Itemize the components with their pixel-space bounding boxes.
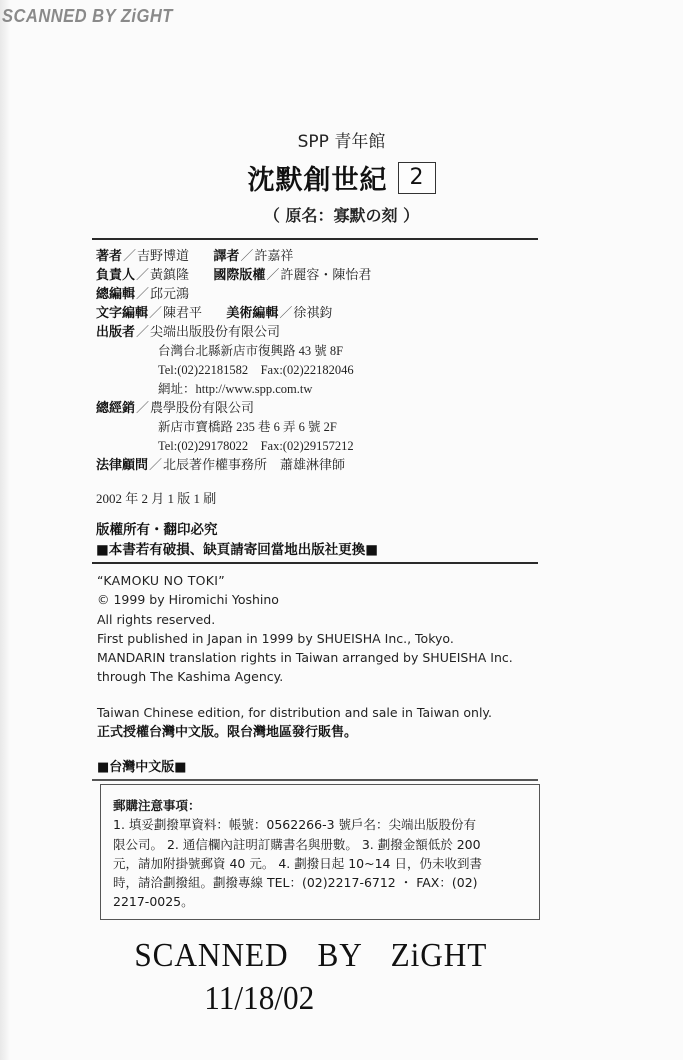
credit-label: 美術編輯 — [226, 306, 278, 321]
credit-value: 黃鎮隆 — [150, 268, 189, 283]
credit-value: 吉野博道 — [137, 249, 189, 264]
mail-order-line: 元，請加附掛號郵資 40 元。 4. 劃撥日起 10~14 日，仍未收到書 — [113, 854, 529, 873]
credit-value: 邱元鴻 — [150, 287, 189, 302]
original-romaji-title: “KAMOKU NO TOKI” — [97, 571, 513, 590]
scan-date: 11/18/02 — [0, 980, 683, 1018]
credit-value: 許嘉祥 — [254, 249, 293, 264]
credit-label: 譯者 — [213, 249, 239, 264]
print-date: 2002 年 2 月 1 版 1 刷 — [96, 488, 216, 507]
english-copyright-block: “KAMOKU NO TOKI” © 1999 by Hiromichi Yos… — [97, 571, 513, 687]
credit-label: 總經銷 — [96, 401, 135, 416]
mail-order-line: 2217-0025。 — [113, 892, 529, 911]
original-title: （ 原名：寡默の刻 ） — [0, 203, 683, 226]
credit-label: 法律顧問 — [96, 458, 148, 473]
agency: through The Kashima Agency. — [97, 667, 513, 686]
credit-line-author: 著者／吉野博道 譯者／許嘉祥 — [96, 247, 546, 266]
credit-line-responsible: 負責人／黃鎮隆 國際版權／許麗容・陳怡君 — [96, 266, 546, 285]
imprint-label: SPP 青年館 — [0, 127, 683, 152]
divider-bottom — [92, 779, 538, 781]
credit-label: 文字編輯 — [96, 306, 148, 321]
taiwan-edition-label: ■台灣中文版■ — [97, 756, 187, 775]
credit-value: 許麗容・陳怡君 — [280, 268, 371, 283]
credit-line-chief-editor: 總編輯／邱元鴻 — [96, 285, 546, 304]
volume-number-box: 2 — [398, 162, 436, 194]
rights-line-1: 版權所有・翻印必究 — [96, 520, 378, 540]
mail-order-line: 1. 填妥劃撥單資料：帳號：0562266-3 號戶名：尖端出版股份有 — [113, 815, 529, 834]
mail-order-line: 時，請洽劃撥組。劃撥專線 TEL：(02)2217-6712 ・ FAX：(02… — [113, 873, 529, 892]
rights-notice: 版權所有・翻印必究 ■本書若有破損、缺頁請寄回當地出版社更換■ — [96, 520, 378, 560]
taiwan-notice-zh: 正式授權台灣中文版。限台灣地區發行販售。 — [97, 723, 492, 743]
credit-value: 陳君平 — [163, 306, 202, 321]
copyright-line: © 1999 by Hiromichi Yoshino — [97, 590, 513, 609]
publisher-website: 網址：http://www.spp.com.tw — [96, 380, 546, 399]
publisher-phone-fax: Tel:(02)22181582 Fax:(02)22182046 — [96, 361, 546, 380]
mail-order-line: 限公司。 2. 通信欄內註明訂購書名與册數。 3. 劃撥金額低於 200 — [113, 835, 529, 854]
scanner-watermark: SCANNED BY ZiGHT — [2, 6, 173, 27]
first-published: First published in Japan in 1999 by SHUE… — [97, 629, 513, 648]
publisher-address: 台灣台北縣新店市復興路 43 號 8F — [96, 342, 546, 361]
credit-label: 負責人 — [96, 268, 135, 283]
mail-order-heading: 郵購注意事項： — [113, 796, 529, 815]
credit-line-legal: 法律顧問／北辰著作權事務所 蕭雄淋律師 — [96, 456, 546, 475]
credit-label: 出版者 — [96, 325, 135, 340]
scan-credit: SCANNED BY ZiGHT — [0, 937, 683, 975]
credit-label: 總編輯 — [96, 287, 135, 302]
divider-middle — [92, 562, 538, 564]
title-row: 沈默創世紀 2 — [0, 158, 683, 197]
credit-label: 國際版權 — [213, 268, 265, 283]
rights-reserved: All rights reserved. — [97, 610, 513, 629]
book-title: 沈默創世紀 — [248, 158, 388, 197]
divider-top — [92, 238, 538, 240]
credit-value: 農學股份有限公司 — [150, 401, 254, 416]
credit-label: 著者 — [96, 249, 122, 264]
credit-value: 北辰著作權事務所 蕭雄淋律師 — [163, 458, 345, 473]
mail-order-box: 郵購注意事項： 1. 填妥劃撥單資料：帳號：0562266-3 號戶名：尖端出版… — [100, 784, 540, 920]
translation-rights: MANDARIN translation rights in Taiwan ar… — [97, 648, 513, 667]
taiwan-edition-notice: Taiwan Chinese edition, for distribution… — [97, 703, 492, 743]
credit-value: 徐祺鈞 — [293, 306, 332, 321]
distributor-phone-fax: Tel:(02)29178022 Fax:(02)29157212 — [96, 437, 546, 456]
credit-line-distributor: 總經銷／農學股份有限公司 — [96, 399, 546, 418]
rights-line-2: ■本書若有破損、缺頁請寄回當地出版社更換■ — [96, 540, 378, 560]
taiwan-notice-en: Taiwan Chinese edition, for distribution… — [97, 703, 492, 723]
distributor-address: 新店市寶橋路 235 巷 6 弄 6 號 2F — [96, 418, 546, 437]
credits-block: 著者／吉野博道 譯者／許嘉祥 負責人／黃鎮隆 國際版權／許麗容・陳怡君 總編輯／… — [96, 247, 546, 475]
credit-line-publisher: 出版者／尖端出版股份有限公司 — [96, 323, 546, 342]
credit-value: 尖端出版股份有限公司 — [150, 325, 280, 340]
credit-line-editors: 文字編輯／陳君平 美術編輯／徐祺鈞 — [96, 304, 546, 323]
